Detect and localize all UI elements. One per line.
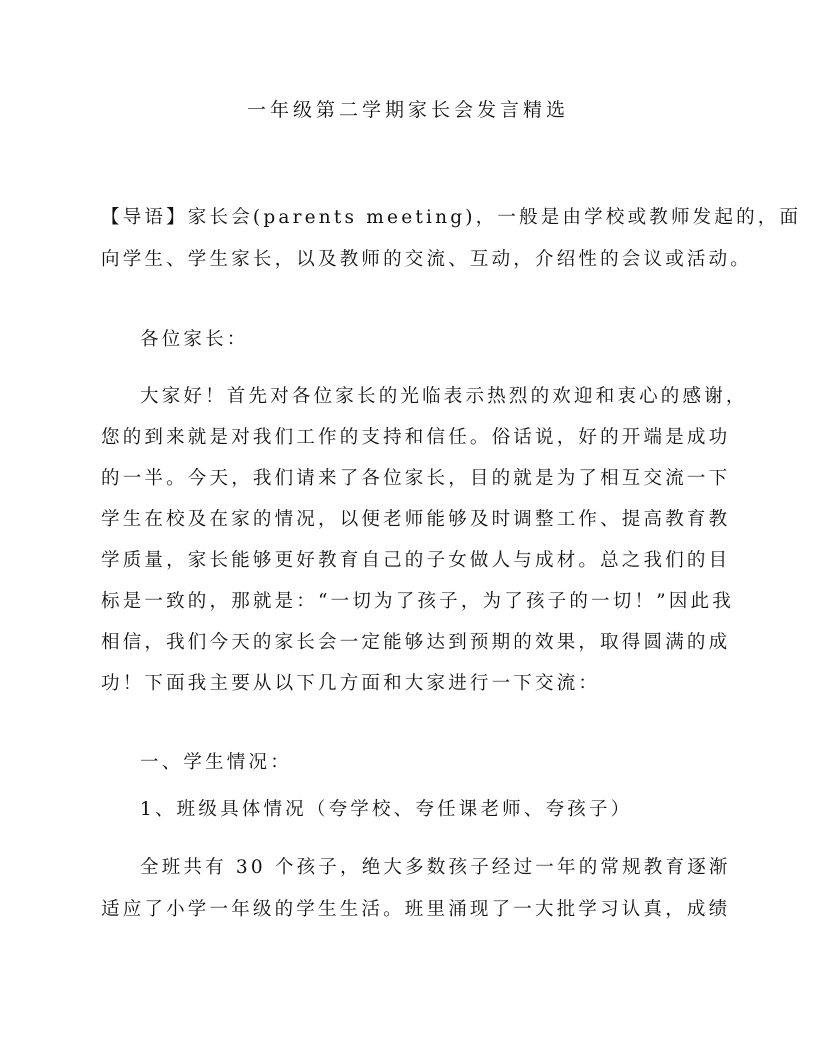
intro-line: 【导语】家长会(parents meeting)，一般是由学校或教师发起的，面 [101, 206, 801, 230]
paragraph-line: 全班共有 30 个孩子，绝大多数孩子经过一年的常规教育逐渐 [140, 856, 731, 880]
section-heading: 一、学生情况： [140, 751, 292, 775]
paragraph-line: 的一半。今天，我们请来了各位家长，目的就是为了相互交流一下 [101, 467, 730, 491]
greeting: 各位家长： [140, 328, 249, 352]
paragraph-line: 标是一致的，那就是：“一切为了孩子，为了孩子的一切！”因此我 [101, 590, 734, 614]
paragraph-line: 您的到来就是对我们工作的支持和信任。俗话说，好的开端是成功 [101, 426, 730, 450]
item-heading: 1、班级具体情况（夸学校、夸任课老师、夸孩子） [140, 798, 632, 822]
paragraph-line: 学生在校及在家的情况，以便老师能够及时调整工作、提高教育教 [101, 508, 730, 532]
paragraph-line: 学质量，家长能够更好教育自己的子女做人与成材。总之我们的目 [101, 549, 730, 573]
paragraph-line: 适应了小学一年级的学生生活。班里涌现了一大批学习认真，成绩 [101, 898, 730, 922]
document-title: 一年级第二学期家长会发言精选 [0, 97, 816, 123]
paragraph-line: 功！下面我主要从以下几方面和大家进行一下交流： [101, 672, 600, 696]
paragraph-line: 大家好！首先对各位家长的光临表示热烈的欢迎和衷心的感谢， [140, 385, 748, 409]
paragraph-line: 相信，我们今天的家长会一定能够达到预期的效果，取得圆满的成 [101, 631, 730, 655]
intro-line: 向学生、学生家长，以及教师的交流、互动，介绍性的会议或活动。 [101, 248, 752, 272]
